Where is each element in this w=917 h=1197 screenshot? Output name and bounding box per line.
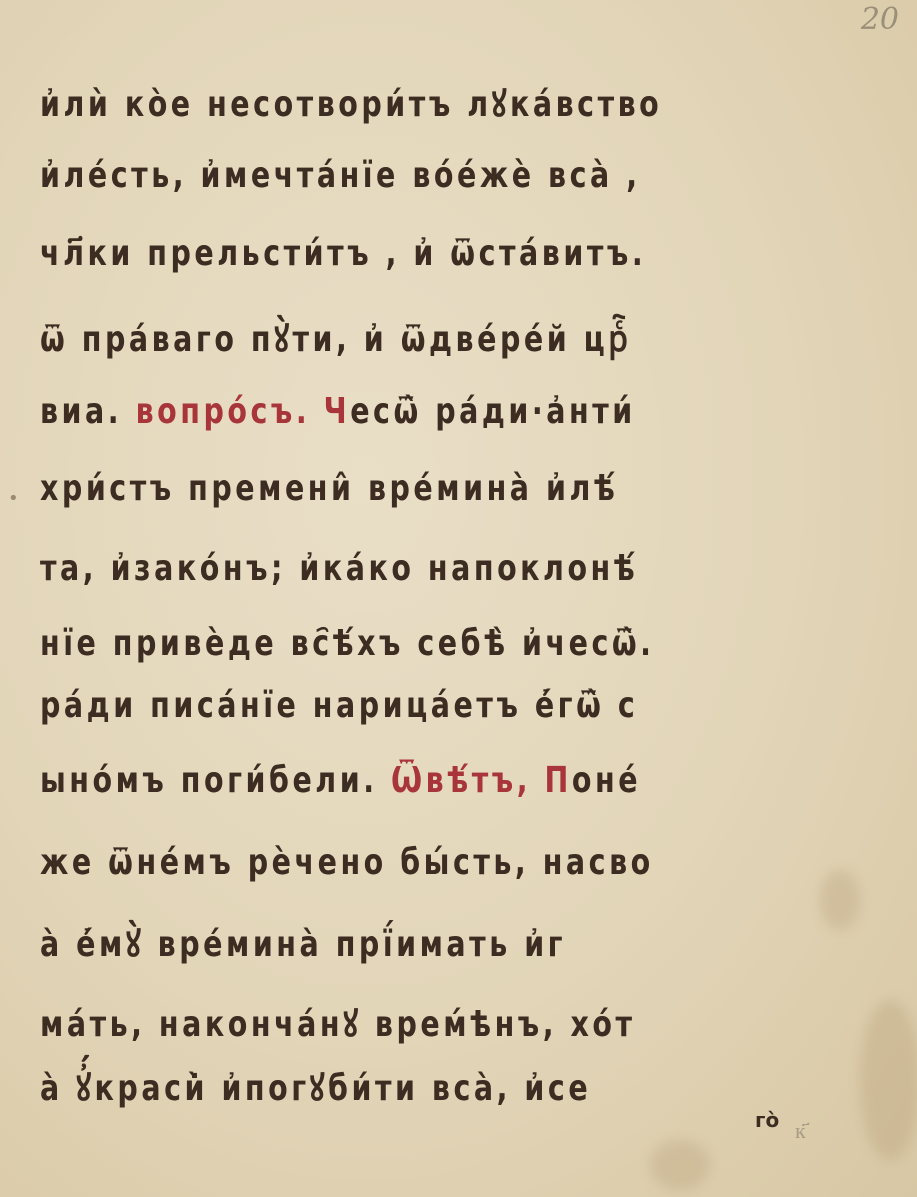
body-text: нїе привѐде вс҄ѣ́хъ себѣ̀ и҆чесѿ̀. xyxy=(40,623,655,664)
text-line: и҆ле́сть, и҆мечта́нїе во́е́жѐ вса̀ , xyxy=(40,155,706,196)
body-text: ра́ди писа́нїе нарица́етъ е҆́гѿ̀ с xyxy=(40,685,638,726)
text-line: ма́ть, наконча́нꙋ врем́ѣнъ, хо́т xyxy=(40,998,706,1047)
text-line: виа. вопро́съ. Чесѿ̀ ра́ди·а҆нти́ xyxy=(40,391,706,432)
text-line: же ѿне́мъ рѐчено бы́сть, насво xyxy=(40,842,706,883)
body-text: оне́ xyxy=(572,760,641,801)
body-text: ѿ пра́ваго пꙋ̀ти, и҆ ѿдве́ре́й црⷭ҇ xyxy=(40,319,631,360)
water-stain xyxy=(650,1140,710,1190)
body-text: а̀ ꙋ҆́краси̇̀ и҆погꙋби́ти вса̀, и҆се xyxy=(40,1068,591,1109)
text-line: нїе привѐде вс҄ѣ́хъ себѣ̀ и҆чесѿ̀. xyxy=(40,623,706,664)
water-stain xyxy=(860,1000,917,1160)
text-line: та, и҆зако́нъ; и҆ка́ко напоклонѣ́ xyxy=(40,548,706,589)
body-text: хри́стъ премени̂ вре́мина̀ и҆лѣ́ xyxy=(40,468,618,509)
rubric-text: Ч xyxy=(310,391,350,432)
rubric-text: П xyxy=(531,760,572,801)
text-line: а̀ ꙋ҆́краси̇̀ и҆погꙋби́ти вса̀, и҆се xyxy=(40,1062,706,1111)
body-text: чл҃ки прельсти́тъ , и҆ ѿста́витъ. xyxy=(40,233,646,274)
body-text: есѿ̀ ра́ди·а҆нти́ xyxy=(350,391,636,432)
rubric-text: вопро́съ. xyxy=(136,391,311,432)
body-text: же ѿне́мъ рѐчено бы́сть, насво xyxy=(40,842,654,883)
margin-mark: • xyxy=(8,488,19,509)
text-line: хри́стъ премени̂ вре́мина̀ и҆лѣ́ xyxy=(40,468,706,509)
body-text: ыно́мъ поги́бели. xyxy=(40,760,391,801)
body-text: та, и҆зако́нъ; и҆ка́ко напоклонѣ́ xyxy=(40,548,638,589)
text-line: ѿ пра́ваго пꙋ̀ти, и҆ ѿдве́ре́й црⷭ҇ xyxy=(40,313,706,362)
text-line: ра́ди писа́нїе нарица́етъ е҆́гѿ̀ с xyxy=(40,685,706,726)
text-line: а̀ е҆́мꙋ̀ вре́мина̀ прї́имать и҆г xyxy=(40,918,706,967)
quire-signature: к҃ xyxy=(795,1118,806,1144)
folio-number: 20 xyxy=(861,2,899,37)
catchword: го̀ xyxy=(755,1108,779,1132)
body-text: и҆ле́сть, и҆мечта́нїе во́е́жѐ вса̀ , xyxy=(40,155,641,196)
text-line: и҆лѝ ко̀е несотвори́тъ лꙋка́вство xyxy=(40,78,706,127)
text-line: ыно́мъ поги́бели. Ѿвѣ́тъ, Поне́ xyxy=(40,760,706,801)
manuscript-page: 20 • и҆лѝ ко̀е несотвори́тъ лꙋка́вствои҆… xyxy=(0,0,917,1197)
water-stain xyxy=(820,870,860,930)
body-text: виа. xyxy=(40,391,136,432)
body-text: а̀ е҆́мꙋ̀ вре́мина̀ прї́имать и҆г xyxy=(40,924,566,965)
rubric-text: Ѿвѣ́тъ, xyxy=(391,760,531,801)
body-text: ма́ть, наконча́нꙋ врем́ѣнъ, хо́т xyxy=(40,1004,636,1045)
text-line: чл҃ки прельсти́тъ , и҆ ѿста́витъ. xyxy=(40,233,706,274)
body-text: и҆лѝ ко̀е несотвори́тъ лꙋка́вство xyxy=(40,84,662,125)
